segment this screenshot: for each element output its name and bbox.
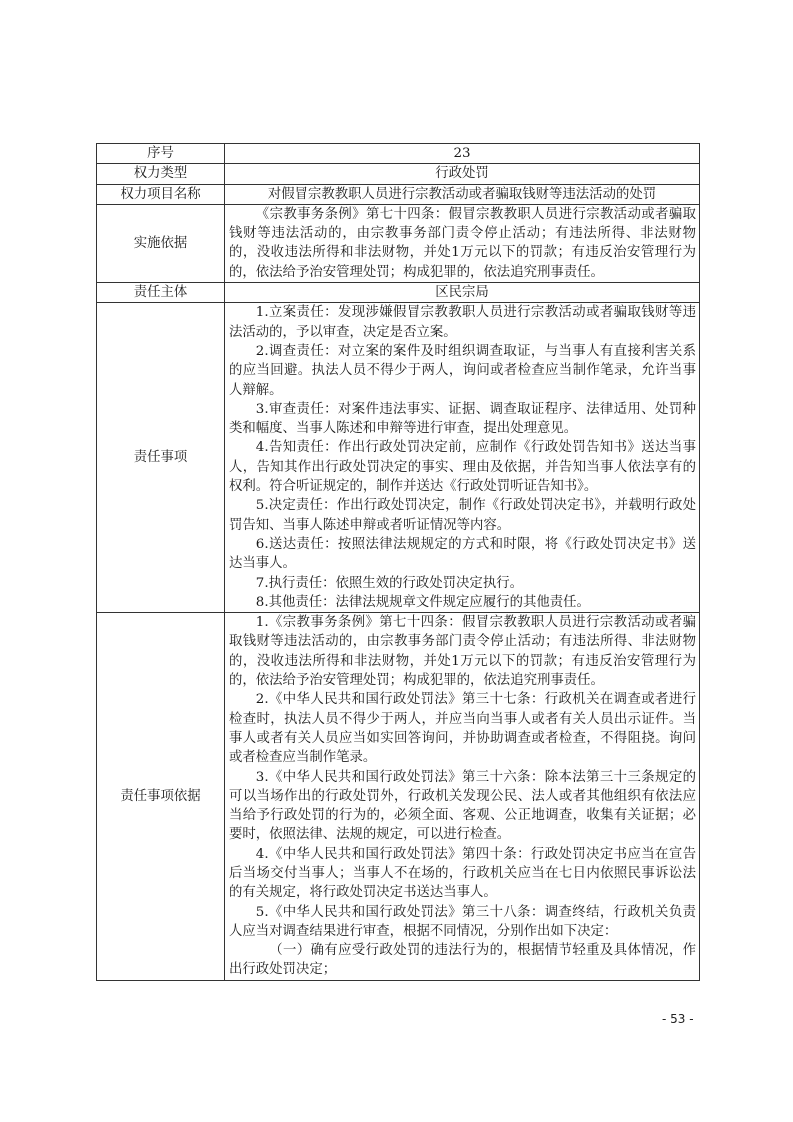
duty-paragraph: 7.执行责任：依照生效的行政处罚决定执行。 bbox=[229, 574, 696, 593]
row-item-name: 权力项目名称 对假冒宗教教职人员进行宗教活动或者骗取钱财等违法活动的处罚 bbox=[97, 184, 700, 204]
duty-paragraph: 5.决定责任：作出行政处罚决定，制作《行政处罚决定书》，并载明行政处罚告知、当事… bbox=[229, 496, 696, 535]
basis-item-paragraph: 1.《宗教事务条例》第七十四条：假冒宗教教职人员进行宗教活动或者骗取钱财等违法活… bbox=[229, 613, 696, 690]
value-responsibility-basis: 1.《宗教事务条例》第七十四条：假冒宗教教职人员进行宗教活动或者骗取钱财等违法活… bbox=[225, 613, 700, 981]
duty-paragraph: 8.其他责任：法律法规规章文件规定应履行的其他责任。 bbox=[229, 593, 696, 612]
row-responsibility-basis: 责任事项依据 1.《宗教事务条例》第七十四条：假冒宗教教职人员进行宗教活动或者骗… bbox=[97, 613, 700, 981]
row-responsible-subject: 责任主体 区民宗局 bbox=[97, 283, 700, 303]
basis-sub-paragraph: （一）确有应受行政处罚的违法行为的，根据情节轻重及具体情况，作出行政处罚决定； bbox=[229, 941, 696, 980]
duty-paragraph: 2.调查责任：对立案的案件及时组织调查取证，与当事人有直接利害关系的应当回避。执… bbox=[229, 342, 696, 400]
duty-paragraph: 1.立案责任：发现涉嫌假冒宗教教职人员进行宗教活动或者骗取钱财等违法活动的，予以… bbox=[229, 303, 696, 342]
row-serial-number: 序号 23 bbox=[97, 144, 700, 164]
basis-item-paragraph: 4.《中华人民共和国行政处罚法》第四十条：行政处罚决定书应当在宣告后当场交付当事… bbox=[229, 845, 696, 903]
basis-item-paragraph: 3.《中华人民共和国行政处罚法》第三十六条：除本法第三十三条规定的可以当场作出的… bbox=[229, 768, 696, 845]
page-number: - 53 - bbox=[662, 1012, 694, 1026]
duty-paragraph: 3.审查责任：对案件违法事实、证据、调查取证程序、法律适用、处罚种类和幅度、当事… bbox=[229, 400, 696, 439]
duty-paragraph: 4.告知责任：作出行政处罚决定前，应制作《行政处罚告知书》送达当事人，告知其作出… bbox=[229, 438, 696, 496]
value-responsible-subject: 区民宗局 bbox=[225, 283, 700, 303]
label-responsible-subject: 责任主体 bbox=[97, 283, 225, 303]
row-power-type: 权力类型 行政处罚 bbox=[97, 164, 700, 184]
label-power-type: 权力类型 bbox=[97, 164, 225, 184]
basis-item-paragraph: 2.《中华人民共和国行政处罚法》第三十七条：行政机关在调查或者进行检查时，执法人… bbox=[229, 690, 696, 767]
label-responsibilities: 责任事项 bbox=[97, 303, 225, 613]
label-item-name: 权力项目名称 bbox=[97, 184, 225, 204]
basis-paragraph: 《宗教事务条例》第七十四条：假冒宗教教职人员进行宗教活动或者骗取钱财等违法活动的… bbox=[229, 205, 696, 282]
label-responsibility-basis: 责任事项依据 bbox=[97, 613, 225, 981]
basis-item-paragraph: 5.《中华人民共和国行政处罚法》第三十八条：调查终结，行政机关负责人应当对调查结… bbox=[229, 903, 696, 942]
value-serial-number: 23 bbox=[225, 144, 700, 164]
row-implementation-basis: 实施依据 《宗教事务条例》第七十四条：假冒宗教教职人员进行宗教活动或者骗取钱财等… bbox=[97, 204, 700, 282]
value-power-type: 行政处罚 bbox=[225, 164, 700, 184]
value-responsibilities: 1.立案责任：发现涉嫌假冒宗教教职人员进行宗教活动或者骗取钱财等违法活动的，予以… bbox=[225, 303, 700, 613]
duty-paragraph: 6.送达责任：按照法律法规规定的方式和时限，将《行政处罚决定书》送达当事人。 bbox=[229, 535, 696, 574]
row-responsibilities: 责任事项 1.立案责任：发现涉嫌假冒宗教教职人员进行宗教活动或者骗取钱财等违法活… bbox=[97, 303, 700, 613]
value-item-name: 对假冒宗教教职人员进行宗教活动或者骗取钱财等违法活动的处罚 bbox=[225, 184, 700, 204]
value-implementation-basis: 《宗教事务条例》第七十四条：假冒宗教教职人员进行宗教活动或者骗取钱财等违法活动的… bbox=[225, 204, 700, 282]
label-implementation-basis: 实施依据 bbox=[97, 204, 225, 282]
power-item-table: 序号 23 权力类型 行政处罚 权力项目名称 对假冒宗教教职人员进行宗教活动或者… bbox=[96, 143, 700, 981]
label-serial-number: 序号 bbox=[97, 144, 225, 164]
